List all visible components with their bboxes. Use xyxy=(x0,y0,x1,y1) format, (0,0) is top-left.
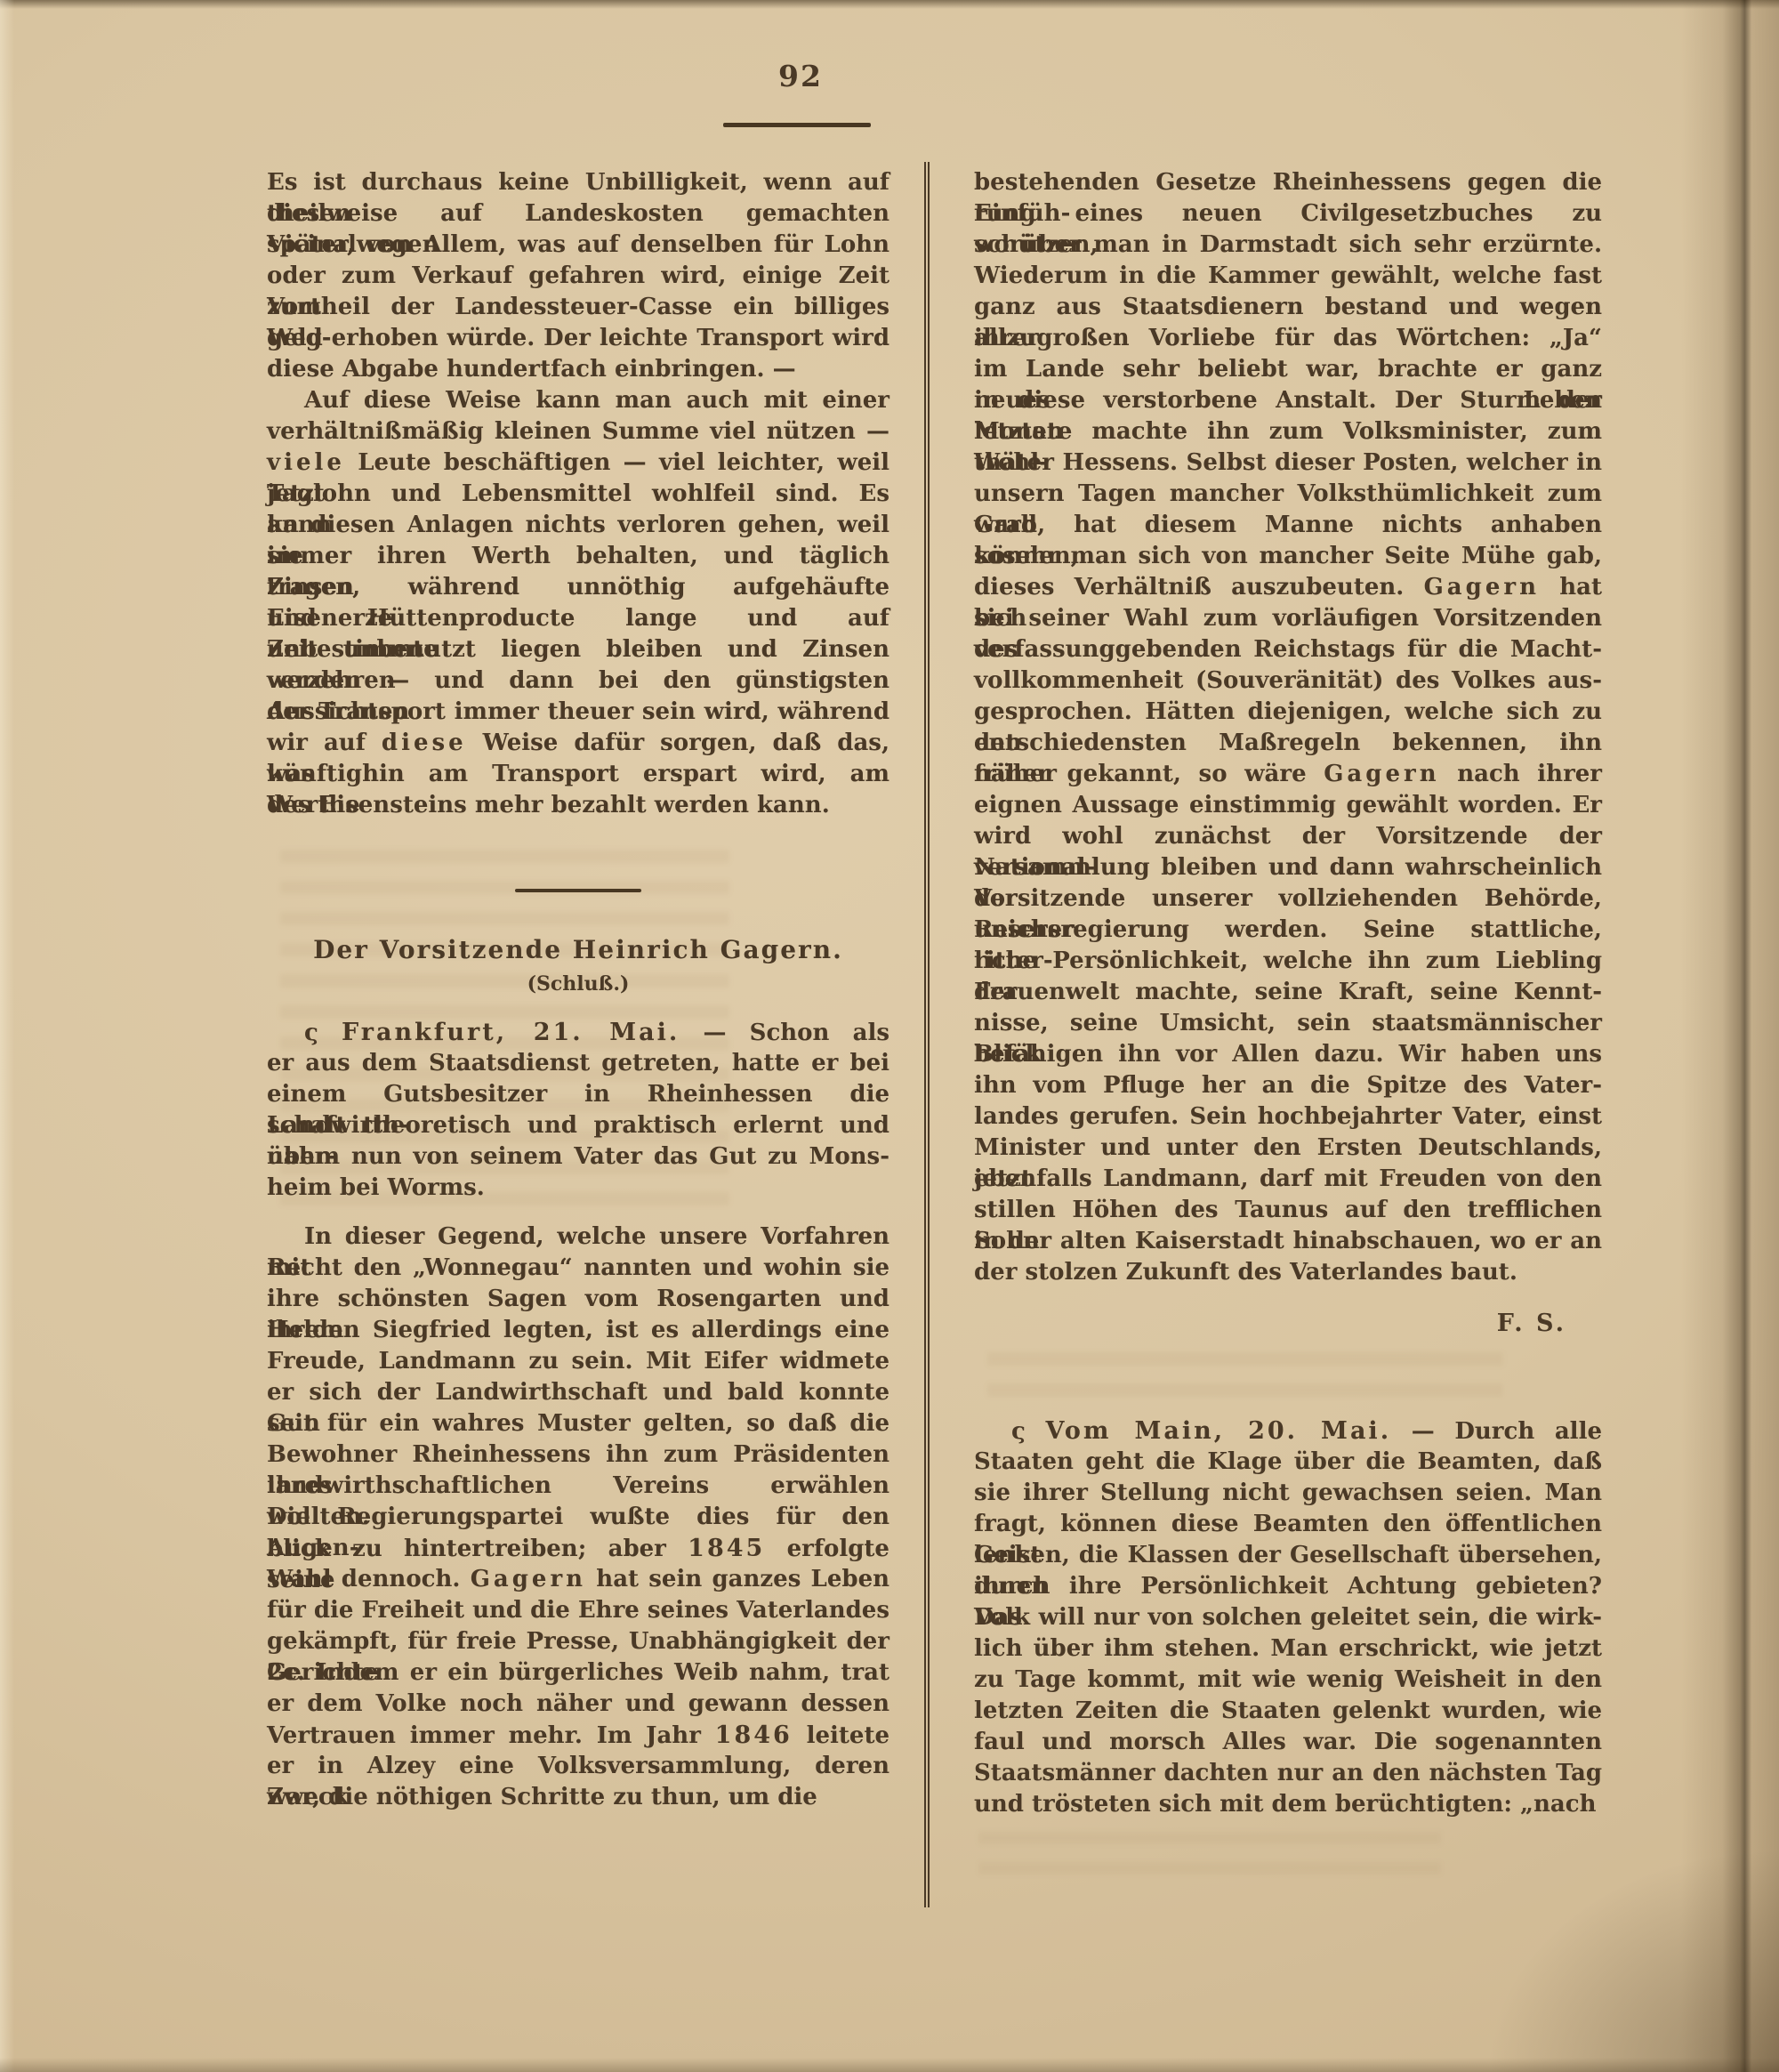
text-line: Auf diese Weise kann man auch mit einer xyxy=(267,385,889,416)
text-line: später, von Allem, was auf denselben für… xyxy=(267,230,889,261)
text-line: ς Vom Main, 20. Mai. — Durch alle xyxy=(974,1415,1602,1447)
text-segment: näher gekannt, so wäre xyxy=(974,761,1324,787)
text-line: Wiederum in die Kammer gewählt, welche f… xyxy=(974,261,1602,292)
text-line: er in Alzey eine Volksversammlung, deren… xyxy=(267,1751,889,1782)
text-line: künftighin am Transport erspart wird, am… xyxy=(267,759,889,790)
paragraph-auf-diese-weise: Auf diese Weise kann man auch mit einerv… xyxy=(267,385,889,821)
text-line: gesprochen. Hätten diejenigen, welche si… xyxy=(974,697,1602,728)
text-line: entschiedensten Maßregeln bekennen, ihn … xyxy=(974,728,1602,759)
text-line: ebenfalls Landmann, darf mit Freuden von… xyxy=(974,1164,1602,1195)
text-line: lich über ihm stehen. Man erschrickt, wi… xyxy=(974,1633,1602,1665)
text-line: oder zum Verkauf gefahren wird, einige Z… xyxy=(267,261,889,292)
text-line: im Lande sehr beliebt war, brachte er ga… xyxy=(974,354,1602,385)
text-line: geld erhoben würde. Der leichte Transpor… xyxy=(267,323,889,354)
text-line: versammlung bleiben und dann wahrscheinl… xyxy=(974,852,1602,883)
text-segment: Gagern xyxy=(1424,574,1540,601)
text-line: verfassunggebenden Reichstags für die Ma… xyxy=(974,634,1602,665)
text-line: durch ihre Persönlichkeit Achtung gebiet… xyxy=(974,1571,1602,1602)
text-segment: diese xyxy=(382,730,467,756)
text-line: nisse, seine Umsicht, sein staatsmännisc… xyxy=(974,1008,1602,1039)
text-segment: ς xyxy=(304,1020,342,1046)
text-line: einem Gutsbesitzer in Rheinhessen die La… xyxy=(267,1079,889,1110)
paragraph-frankfurt-dateline: ς Frankfurt, 21. Mai. — Schon alser aus … xyxy=(267,1017,889,1204)
text-line: Taglohn und Lebensmittel wohlfeil sind. … xyxy=(267,479,889,510)
text-line: unsern Tagen mancher Volksthümlichkeit z… xyxy=(974,479,1602,510)
text-line: diese Abgabe hundertfach einbringen. — xyxy=(267,354,889,385)
text-line: Staatsmänner dachten nur an den nächsten… xyxy=(974,1758,1602,1789)
text-line: faul und morsch Alles war. Die sogenannt… xyxy=(974,1727,1602,1758)
text-line: vollkommenheit (Souveränität) des Volkes… xyxy=(974,665,1602,697)
text-line: landes gerufen. Sein hochbejahrter Vater… xyxy=(974,1101,1602,1133)
text-line: nahm nun von seinem Vater das Gut zu Mon… xyxy=(267,1141,889,1173)
text-line: und Hüttenproducte lange und auf unbesti… xyxy=(267,603,889,634)
text-line: viele Leute beschäftigen — viel leichter… xyxy=(267,447,889,479)
column-divider-rule xyxy=(924,162,930,1907)
text-line: Staaten geht die Klage über die Beamten,… xyxy=(974,1447,1602,1478)
text-segment: Wahl dennoch. xyxy=(267,1566,471,1592)
text-line: theilweise auf Landeskosten gemachten Vi… xyxy=(267,198,889,230)
paragraph-gagern-continuation: bestehenden Gesetze Rheinhessens gegen d… xyxy=(974,167,1602,1288)
text-line: Monate machte ihn zum Volksminister, zum… xyxy=(974,416,1602,447)
author-signature: F. S. xyxy=(974,1308,1602,1339)
text-line: näher gekannt, so wäre Gagern nach ihrer xyxy=(974,759,1602,790)
text-segment: Gagern xyxy=(1324,761,1439,787)
text-line: Die Regierungspartei wußte dies für den … xyxy=(267,1502,889,1533)
text-line: er sich der Landwirthschaft und bald kon… xyxy=(267,1377,889,1408)
text-segment: viele xyxy=(267,449,345,476)
text-line: blick zu hintertreiben; aber 1845 erfolg… xyxy=(267,1533,889,1564)
text-line: Vorsitzende unserer vollziehenden Behörd… xyxy=(974,883,1602,915)
dateline-emphasis: 1846 xyxy=(715,1721,793,1749)
dateline-emphasis: Vom Main, 20. Mai. xyxy=(1045,1417,1391,1445)
text-line: schaft theoretisch und praktisch erlernt… xyxy=(267,1110,889,1141)
text-line: Frauenwelt machte, seine Kraft, seine Ke… xyxy=(974,977,1602,1008)
text-line: stillen Höhen des Taunus auf den treffli… xyxy=(974,1195,1602,1226)
scan-edge-top xyxy=(0,0,1779,9)
text-line: landwirthschaftlichen Vereins erwählen w… xyxy=(267,1471,889,1502)
article-title: Der Vorsitzende Heinrich Gagern. xyxy=(267,933,889,967)
article-subtitle: (Schluß.) xyxy=(267,971,889,997)
text-line: für die Freiheit und die Ehre seines Vat… xyxy=(267,1595,889,1626)
text-segment: — Schon als xyxy=(680,1020,889,1046)
text-line: zu Tage kommt, mit wie wenig Weisheit in… xyxy=(974,1665,1602,1696)
corner-shadow xyxy=(1405,1787,1779,2072)
text-line: gekämpft, für freie Presse, Unabhängigke… xyxy=(267,1626,889,1657)
text-segment: Vertrauen immer mehr. Im Jahr xyxy=(267,1722,715,1749)
dateline-emphasis: Frankfurt, 21. Mai. xyxy=(342,1019,680,1046)
text-line: er aus dem Staatsdienst getreten, hatte … xyxy=(267,1048,889,1079)
text-line: eignen Aussage einstimmig gewählt worden… xyxy=(974,790,1602,821)
text-line: wir auf diese Weise dafür sorgen, daß da… xyxy=(267,728,889,759)
text-line: liche Persönlichkeit, welche ihn zum Lie… xyxy=(974,946,1602,977)
text-segment: blick zu hintertreiben; aber xyxy=(267,1536,688,1562)
text-line: sie ihrer Stellung nicht gewachsen seien… xyxy=(974,1478,1602,1509)
text-line: Reichsregierung werden. Seine stattliche… xyxy=(974,915,1602,946)
paragraph-vom-main-dateline: ς Vom Main, 20. Mai. — Durch alleStaaten… xyxy=(974,1415,1602,1820)
text-line: In dieser Gegend, welche unsere Vorfahre… xyxy=(267,1221,889,1253)
text-line: verhältnißmäßig kleinen Summe viel nütze… xyxy=(267,416,889,447)
text-segment: Gagern xyxy=(471,1566,586,1592)
text-line: in der alten Kaiserstadt hinabschauen, w… xyxy=(974,1226,1602,1257)
text-line: bestehenden Gesetze Rheinhessens gegen d… xyxy=(974,167,1602,198)
text-line: Vertrauen immer mehr. Im Jahr 1846 leite… xyxy=(267,1720,889,1751)
page-number: 92 xyxy=(729,59,872,93)
paragraph-in-dieser-gegend: In dieser Gegend, welche unsere Vorfahre… xyxy=(267,1221,889,1813)
text-line: wird wohl zunächst der Vorsitzende der N… xyxy=(974,821,1602,852)
text-line: worüber man in Darmstadt sich sehr erzür… xyxy=(974,230,1602,261)
text-line: er dem Volke noch näher und gewann desse… xyxy=(267,1689,889,1720)
text-line: rung eines neuen Civilgesetzbuches zu sc… xyxy=(974,198,1602,230)
text-line: ward, hat diesem Manne nichts anhaben kö… xyxy=(974,510,1602,541)
text-line: thäter Hessens. Selbst dieser Posten, we… xyxy=(974,447,1602,479)
text-line: dieses Verhältniß auszubeuten. Gagern ha… xyxy=(974,572,1602,603)
text-line: war, die nöthigen Schritte zu thun, um d… xyxy=(267,1782,889,1813)
text-segment: ς xyxy=(1011,1418,1045,1445)
text-line: Wahl dennoch. Gagern hat sein ganzes Leb… xyxy=(267,1564,889,1595)
header-rule xyxy=(723,123,871,127)
scanned-newspaper-page: 92 Es ist durchaus keine Unbilligkeit, w… xyxy=(0,0,1779,2072)
verso-bleed-texture xyxy=(978,1828,1441,1874)
text-line: ς Frankfurt, 21. Mai. — Schon als xyxy=(267,1017,889,1048)
text-line: Es ist durchaus keine Unbilligkeit, wenn… xyxy=(267,167,889,198)
text-line: Freude, Landmann zu sein. Mit Eifer widm… xyxy=(267,1346,889,1377)
text-segment: dieses Verhältniß auszubeuten. xyxy=(974,574,1424,601)
text-line: immer ihren Werth behalten, und täglich … xyxy=(267,541,889,572)
text-line: der stolzen Zukunft des Vaterlandes baut… xyxy=(974,1257,1602,1288)
text-line: bei seiner Wahl zum vorläufigen Vorsitze… xyxy=(974,603,1602,634)
page-edge-shadow xyxy=(1681,0,1779,2072)
text-segment: leitete xyxy=(793,1722,889,1749)
text-line: Zeit unbenutzt liegen bleiben und Zinsen… xyxy=(267,634,889,665)
text-line: sosehr man sich von mancher Seite Mühe g… xyxy=(974,541,1602,572)
text-segment: wir auf xyxy=(267,730,382,756)
left-column: Es ist durchaus keine Unbilligkeit, wenn… xyxy=(267,167,889,1813)
text-line: tragen, während unnöthig aufgehäufte Eis… xyxy=(267,572,889,603)
text-line: des Eisensteins mehr bezahlt werden kann… xyxy=(267,790,889,821)
text-line: an diesen Anlagen nichts verloren gehen,… xyxy=(267,510,889,541)
text-line: letzten Zeiten die Staaten gelenkt wurde… xyxy=(974,1696,1602,1727)
text-line: allzugroßen Vorliebe für das Wörtchen: „… xyxy=(974,323,1602,354)
text-line: Minister und unter den Ersten Deutschlan… xyxy=(974,1133,1602,1164)
text-line: Recht den „Wonnegau“ nannten und wohin s… xyxy=(267,1253,889,1284)
text-segment: hat sein ganzes Leben xyxy=(586,1566,889,1592)
text-line: heim bei Worms. xyxy=(267,1173,889,1204)
section-separator-rule xyxy=(515,889,641,892)
text-segment: nach ihrer xyxy=(1440,761,1602,787)
right-column: bestehenden Gesetze Rheinhessens gegen d… xyxy=(974,167,1602,1820)
scan-edge-left xyxy=(0,0,14,2072)
text-line: 2c. Indem er ein bürgerliches Weib nahm,… xyxy=(267,1657,889,1689)
text-segment: — Durch alle xyxy=(1391,1418,1602,1445)
paragraph-weggeld: Es ist durchaus keine Unbilligkeit, wenn… xyxy=(267,167,889,385)
text-line: fragt, können diese Beamten den öffentli… xyxy=(974,1509,1602,1540)
text-line: ihre schönsten Sagen vom Rosengarten und… xyxy=(267,1284,889,1315)
dateline-emphasis: 1845 xyxy=(688,1535,765,1562)
text-line: werden — und dann bei den günstigsten Au… xyxy=(267,665,889,697)
text-line: Gut für ein wahres Muster gelten, so daß… xyxy=(267,1408,889,1439)
text-line: ihn vom Pfluge her an die Spitze des Vat… xyxy=(974,1070,1602,1101)
text-line: der Transport immer theuer sein wird, wä… xyxy=(267,697,889,728)
text-line: Bewohner Rheinhessens ihn zum Präsidente… xyxy=(267,1439,889,1471)
text-line: lenken, die Klassen der Gesellschaft übe… xyxy=(974,1540,1602,1571)
text-line: in diese verstorbene Anstalt. Der Sturm … xyxy=(974,385,1602,416)
text-line: ganz aus Staatsdienern bestand und wegen… xyxy=(974,292,1602,323)
text-line: Volk will nur von solchen geleitet sein,… xyxy=(974,1602,1602,1633)
text-line: Vortheil der Landessteuer-Casse ein bill… xyxy=(267,292,889,323)
text-line: befähigen ihn vor Allen dazu. Wir haben … xyxy=(974,1039,1602,1070)
text-line: Helden Siegfried legten, ist es allerdin… xyxy=(267,1315,889,1346)
